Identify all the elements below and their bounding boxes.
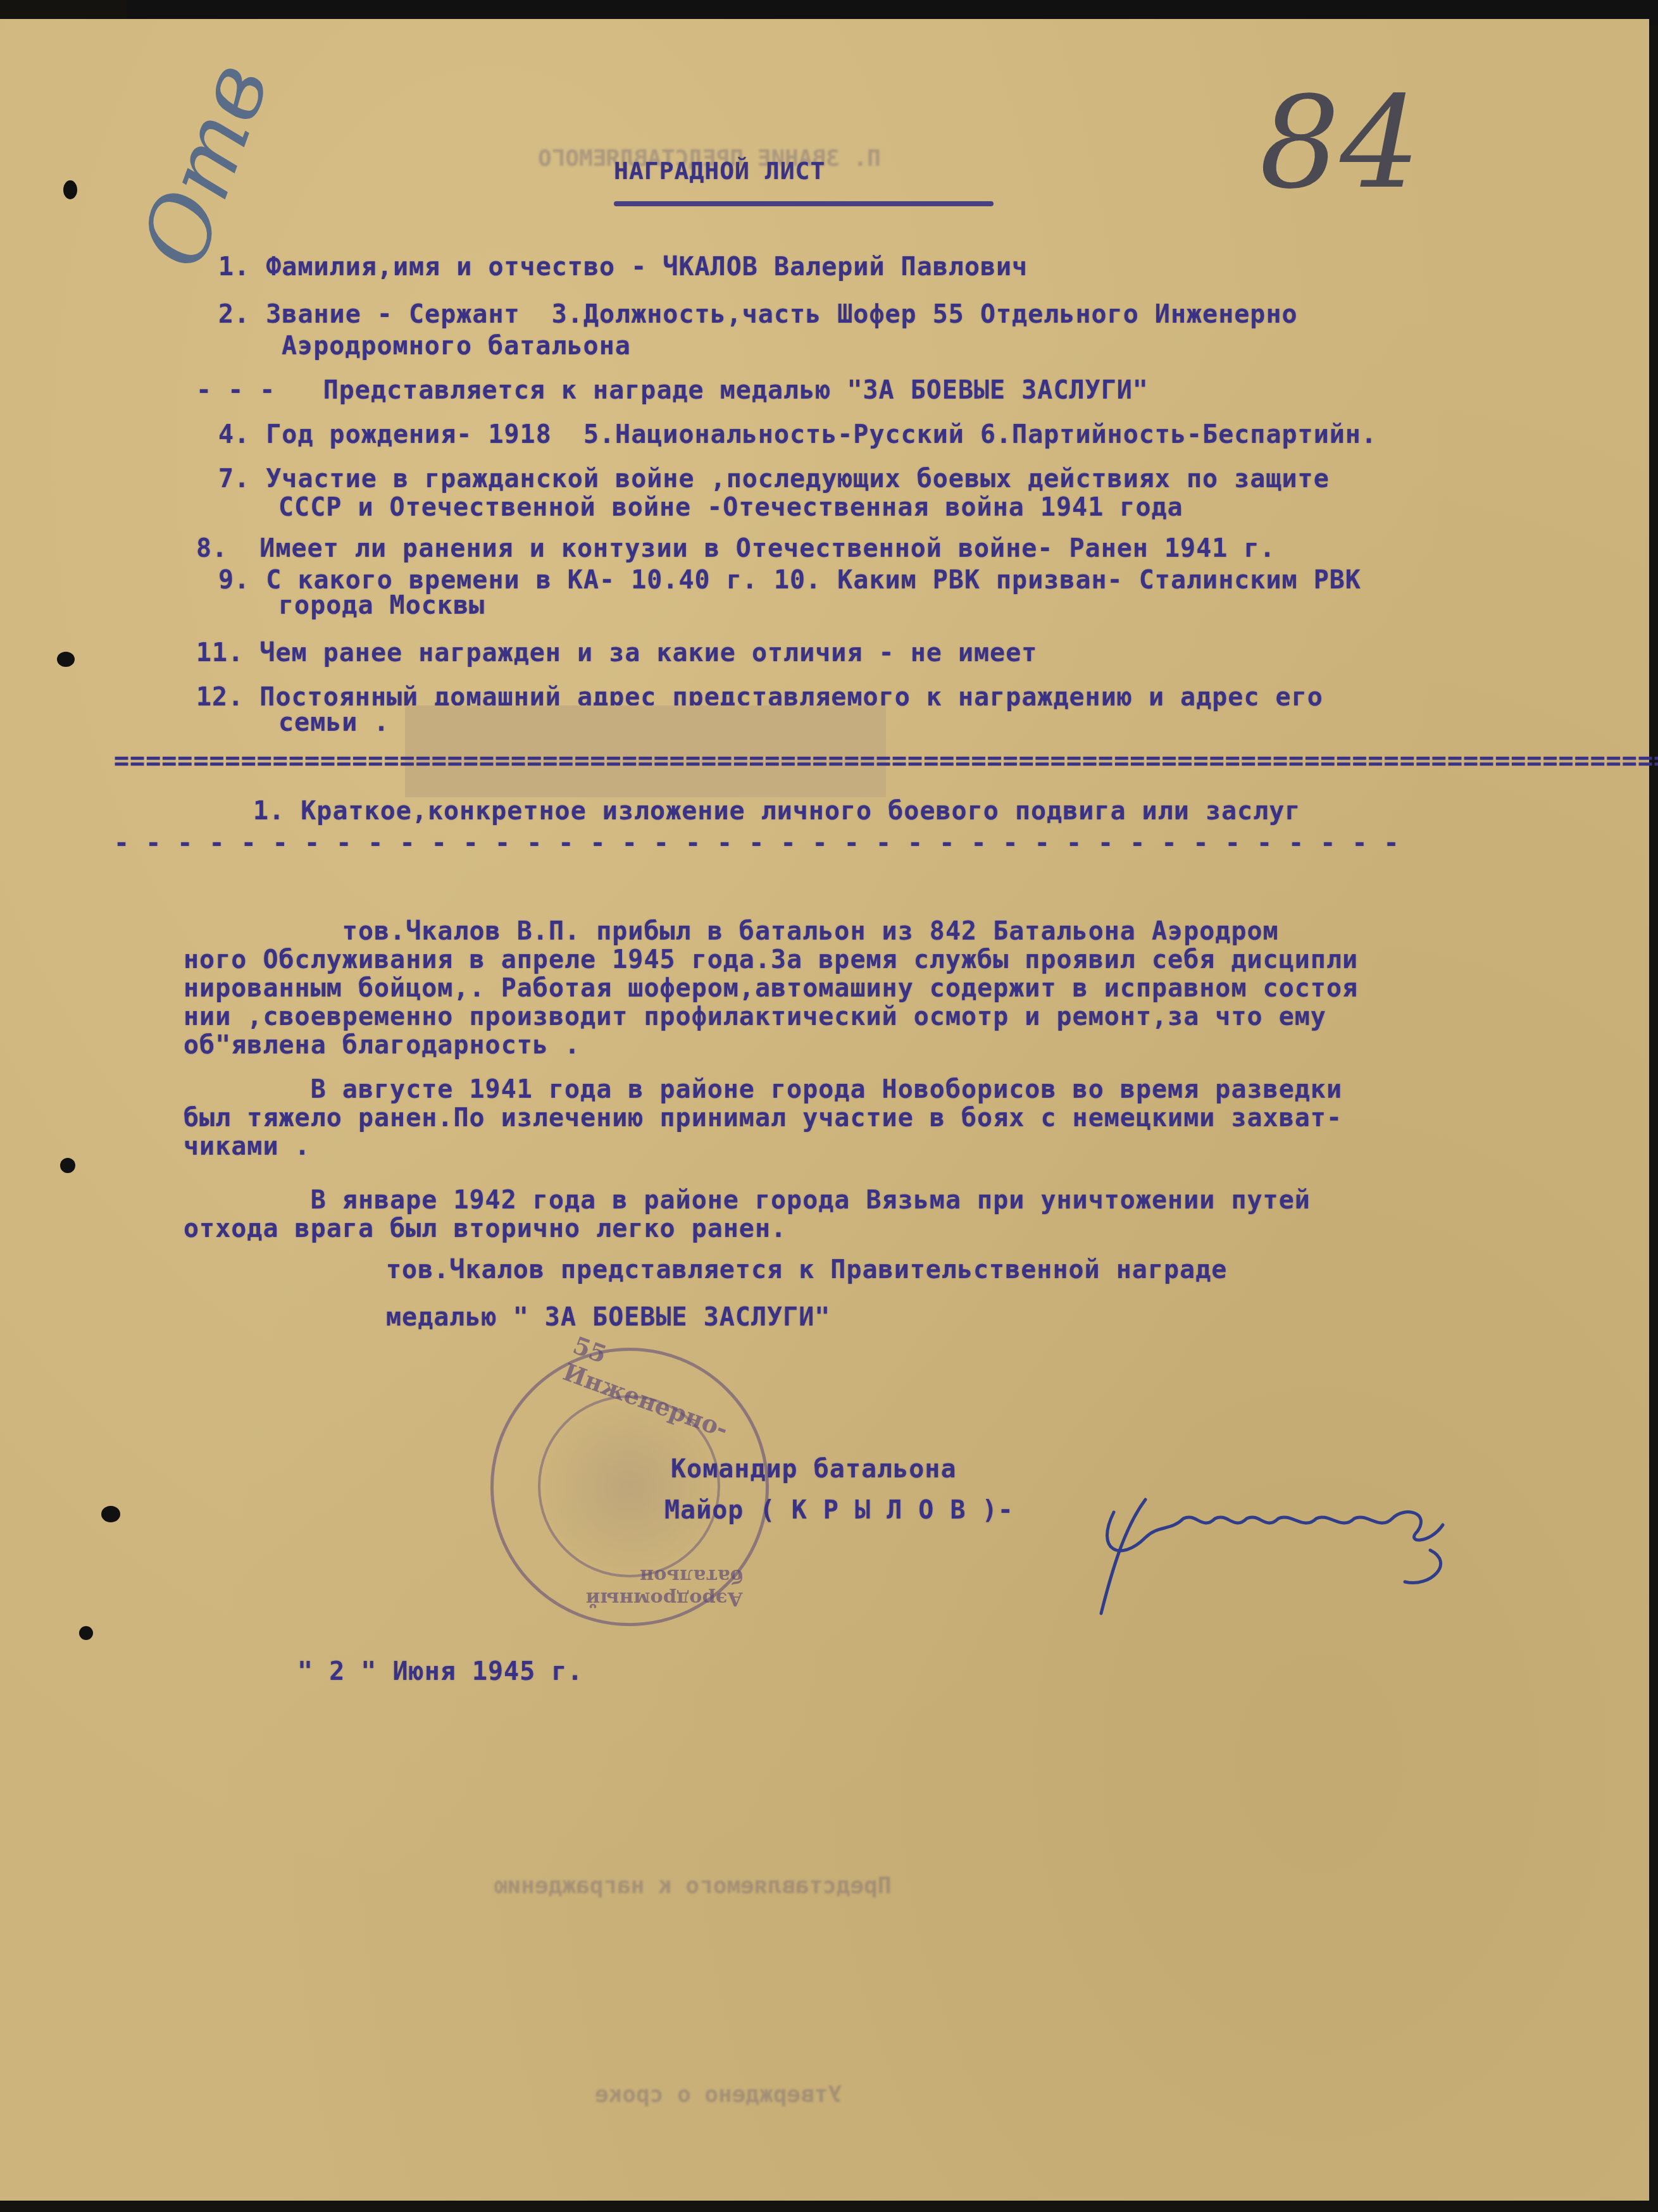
item-7: 7. Участие в гражданской войне ,последую… — [218, 465, 1330, 493]
conclusion-line: медалью " ЗА БОЕВЫЕ ЗАСЛУГИ" — [386, 1303, 830, 1331]
item-8: 8. Имеет ли ранения и контузии в Отечест… — [196, 535, 1276, 562]
section-heading: 1. Краткое,конкретное изложение личного … — [253, 797, 1300, 825]
item-12-cont: семьи . — [278, 709, 390, 736]
commander-name: Майор ( К Р Ы Л О В )- — [664, 1496, 1014, 1524]
item-2: 2. Звание - Сержант 3.Должность,часть Шо… — [218, 301, 1298, 328]
bleed-through-text: Представляемого к награждению — [494, 1873, 892, 1899]
official-stamp: 55 Инженерно- Аэродромный батальон — [490, 1348, 769, 1626]
award-proposal: - - - Представляется к награде медалью "… — [196, 376, 1149, 404]
body-line: об"явлена благодарность . — [184, 1031, 580, 1059]
item-7-cont: СССР и Отечественной войне -Отечественна… — [278, 494, 1183, 521]
commander-title: Командир батальона — [671, 1455, 956, 1483]
conclusion-line: тов.Чкалов представляется к Правительств… — [386, 1256, 1227, 1284]
binding-hole — [63, 180, 77, 199]
item-2-cont: Аэродромного батальона — [282, 332, 631, 360]
document-date: " 2 " Июня 1945 г. — [297, 1658, 583, 1686]
body-line: В августе 1941 года в районе города Ново… — [184, 1076, 1342, 1103]
binding-hole — [57, 652, 75, 667]
body-line: отхода врага был вторично легко ранен. — [184, 1215, 787, 1243]
body-line: В январе 1942 года в районе города Вязьм… — [184, 1186, 1311, 1214]
item-1: 1. Фамилия,имя и отчество - ЧКАЛОВ Валер… — [218, 253, 1028, 281]
title-underline — [614, 201, 994, 206]
binding-hole — [79, 1626, 93, 1640]
document-title: НАГРАДНОЙ ЛИСТ — [614, 157, 825, 185]
item-9-10-cont: города Москвы — [278, 592, 485, 619]
binding-hole — [60, 1158, 75, 1173]
award-sheet-paper: Отв 84 П. ЗВАНИЕ ПРЕДСТАВЛЯЕМОГО Предста… — [0, 19, 1649, 2201]
item-9-10: 9. С какого времени в КА- 10.40 г. 10. К… — [218, 566, 1361, 594]
body-line: тов.Чкалов В.П. прибыл в батальон из 842… — [184, 917, 1279, 945]
body-line: нированным бойцом,. Работая шофером,авто… — [184, 974, 1358, 1002]
stamp-text-bottom: Аэродромный батальон — [561, 1565, 743, 1611]
margin-handwritten-note: Отв — [122, 50, 290, 281]
body-line: был тяжело ранен.По излечению принимал у… — [184, 1104, 1342, 1132]
separator-line: ========================================… — [114, 747, 1658, 776]
binding-hole — [101, 1506, 120, 1522]
body-line: нии ,своевременно производит профилактич… — [184, 1003, 1326, 1031]
bleed-through-text: Утверждено о сроке — [595, 2082, 842, 2108]
commander-signature — [1076, 1474, 1481, 1626]
dash-line: - - - - - - - - - - - - - - - - - - - - … — [114, 829, 1658, 858]
body-line: чиками . — [184, 1133, 311, 1160]
item-11: 11. Чем ранее награжден и за какие отлич… — [196, 639, 1037, 667]
item-4-6: 4. Год рождения- 1918 5.Национальность-Р… — [218, 421, 1377, 449]
body-line: ного Обслуживания в апреле 1945 года.За … — [184, 946, 1358, 974]
page-number-handwritten: 84 — [1259, 70, 1421, 217]
